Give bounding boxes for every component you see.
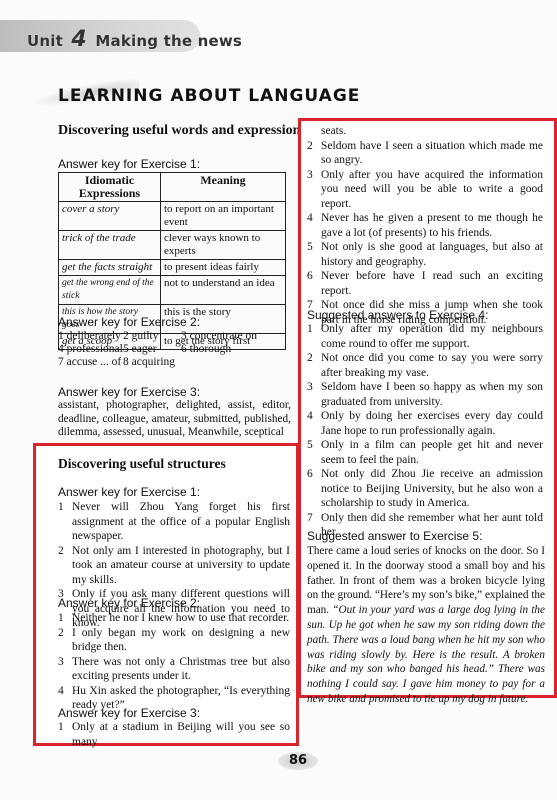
table-row: get the wrong end of the sticknot to und… xyxy=(59,276,286,305)
table-row: trick of the tradeclever ways known to e… xyxy=(59,231,286,260)
answer-text: There was not only a Christmas tree but … xyxy=(72,656,290,683)
answer-number: 2 xyxy=(58,626,64,641)
answer-text: Seldom have I seen a situation which mad… xyxy=(321,140,543,167)
unit-heading: Unit 4 Making the news xyxy=(27,27,242,52)
ex2-label: Answer key for Exercise 2: xyxy=(58,315,200,329)
answer-item: 1Only at a stadium in Beijing will you s… xyxy=(58,720,290,749)
page-number: 86 xyxy=(278,752,318,770)
ex2-answer-item: 8 acquiring xyxy=(123,356,181,369)
idiom-cell: get the wrong end of the stick xyxy=(59,276,161,305)
answer-item: 3Seldom have I been so happy as when my … xyxy=(307,380,543,409)
idiom-cell: trick of the trade xyxy=(59,231,161,260)
answer-text: Never has he given a present to me thoug… xyxy=(321,212,543,239)
structures-highlight-box-left: Discovering useful structures Answer key… xyxy=(33,443,299,746)
ex1-label: Answer key for Exercise 1: xyxy=(58,157,200,171)
idiom-cell: cover a story xyxy=(59,202,161,231)
answer-number: 7 xyxy=(307,511,313,526)
answer-number: 4 xyxy=(58,684,64,699)
answer-number: 1 xyxy=(307,322,313,337)
meaning-cell: to report on an important event xyxy=(161,202,286,231)
answer-number: 2 xyxy=(307,351,313,366)
answer-item: 2Seldom have I seen a situation which ma… xyxy=(307,139,543,168)
answer-text: Only by doing her exercises every day co… xyxy=(321,410,543,437)
ex2-answer-item: 5 eager xyxy=(123,343,181,356)
answer-item: 3There was not only a Christmas tree but… xyxy=(58,655,290,684)
answer-item: 4Never has he given a present to me thou… xyxy=(307,211,543,240)
meaning-cell: to present ideas fairly xyxy=(161,260,286,276)
answer-item: 2I only began my work on designing a new… xyxy=(58,626,290,655)
meaning-cell: clever ways known to experts xyxy=(161,231,286,260)
answer-text: Only after you have acquired the informa… xyxy=(321,169,543,210)
table-row: cover a storyto report on an important e… xyxy=(59,202,286,231)
structures-heading: Discovering useful structures xyxy=(58,456,226,472)
answer-item: 2Not once did you come to say you were s… xyxy=(307,351,543,380)
structures-ex2-label: Answer key for Exercise 2: xyxy=(58,596,200,610)
answer-number: 5 xyxy=(307,438,313,453)
structures-ex4-list: 1Only after my operation did my neighbou… xyxy=(307,322,543,540)
answer-text: Not only did Zhou Jie receive an admissi… xyxy=(321,468,543,509)
unit-number: 4 xyxy=(71,27,87,52)
ex2-answer-item: 1 deliberately xyxy=(58,330,123,343)
answer-number: 5 xyxy=(307,240,313,255)
answer-item: 6Not only did Zhou Jie receive an admiss… xyxy=(307,467,543,511)
answer-text: Neither he nor I knew how to use that re… xyxy=(72,612,289,624)
structures-ex5-answer: There came a loud series of knocks on th… xyxy=(307,544,545,707)
structures-ex3-list-part1: 1Only at a stadium in Beijing will you s… xyxy=(58,720,290,749)
meaning-cell: not to understand an idea xyxy=(161,276,286,305)
ex2-answer-item: 3 concentrate on xyxy=(181,330,271,343)
section-title: LEARNING ABOUT LANGUAGE xyxy=(58,86,360,106)
unit-title: Making the news xyxy=(95,32,242,50)
structures-ex2-list: 1Neither he nor I knew how to use that r… xyxy=(58,611,290,713)
answer-item: 6Never before have I read such an exciti… xyxy=(307,269,543,298)
table-row: get the facts straightto present ideas f… xyxy=(59,260,286,276)
structures-ex3-label: Answer key for Exercise 3: xyxy=(58,706,200,720)
answer-number: 4 xyxy=(307,211,313,226)
answer-text: Only at a stadium in Beijing will you se… xyxy=(72,721,290,748)
answer-number: 3 xyxy=(58,655,64,670)
ex2-answer-item: 7 accuse ... of xyxy=(58,356,123,369)
answer-item: 1Only after my operation did my neighbou… xyxy=(307,322,543,351)
answer-text: Seldom have I been so happy as when my s… xyxy=(321,381,543,408)
structures-ex4-label: Suggested answers to Exercise 4: xyxy=(307,308,488,322)
ex3-answers: assistant, photographer, delighted, assi… xyxy=(58,399,291,440)
answer-item-continuation: seats. xyxy=(307,124,543,139)
answer-text: I only began my work on designing a new … xyxy=(72,627,290,654)
answer-number: 2 xyxy=(58,544,64,559)
structures-ex1-label: Answer key for Exercise 1: xyxy=(58,485,200,499)
answer-item: 1Neither he nor I knew how to use that r… xyxy=(58,611,290,626)
structures-ex3-list-part2: seats.2Seldom have I seen a situation wh… xyxy=(307,124,543,327)
ex2-answer-item: 6 thorough xyxy=(181,343,271,356)
answer-number: 6 xyxy=(307,467,313,482)
column-header-meaning: Meaning xyxy=(161,173,286,202)
structures-highlight-box-right: seats.2Seldom have I seen a situation wh… xyxy=(298,118,557,698)
answer-text: Only after my operation did my neighbour… xyxy=(321,323,543,350)
answer-text: Not only is she good at languages, but a… xyxy=(321,241,543,268)
answer-text: Only in a film can people get hit and ne… xyxy=(321,439,543,466)
idiom-cell: get the facts straight xyxy=(59,260,161,276)
answer-item: 2Not only am I interested in photography… xyxy=(58,544,290,588)
answer-item: 3Only after you have acquired the inform… xyxy=(307,168,543,212)
answer-item: 5Only in a film can people get hit and n… xyxy=(307,438,543,467)
answer-text: Never before have I read such an excitin… xyxy=(321,270,543,297)
answer-item: 1Never will Zhou Yang forget his first a… xyxy=(58,500,290,544)
answer-number: 1 xyxy=(58,720,64,735)
answer-number: 3 xyxy=(307,380,313,395)
structures-ex5-label: Suggested answer to Exercise 5: xyxy=(307,529,482,543)
ex2-answers: 1 deliberately2 guilty3 concentrate on4 … xyxy=(58,330,271,369)
answer-number: 6 xyxy=(307,269,313,284)
ex2-answer-item: 2 guilty xyxy=(123,330,181,343)
answer-text: Not once did you come to say you were so… xyxy=(321,352,543,379)
answer-number: 1 xyxy=(58,611,64,626)
answer-number: 1 xyxy=(58,500,64,515)
answer-text: Not only am I interested in photography,… xyxy=(72,545,290,586)
ex2-answer-item: 4 professional xyxy=(58,343,123,356)
ex5-text-italic: “Out in your yard was a large dog lying … xyxy=(307,604,545,705)
ex3-label: Answer key for Exercise 3: xyxy=(58,385,200,399)
answer-number: 3 xyxy=(307,168,313,183)
answer-number: 2 xyxy=(307,139,313,154)
answer-item: 4Only by doing her exercises every day c… xyxy=(307,409,543,438)
words-heading: Discovering useful words and expressions xyxy=(58,123,306,139)
column-header-idioms: Idiomatic Expressions xyxy=(59,173,161,202)
answer-item: 5Not only is she good at languages, but … xyxy=(307,240,543,269)
answer-text: Never will Zhou Yang forget his first as… xyxy=(72,501,290,542)
answer-number: 4 xyxy=(307,409,313,424)
unit-label: Unit xyxy=(27,32,63,50)
